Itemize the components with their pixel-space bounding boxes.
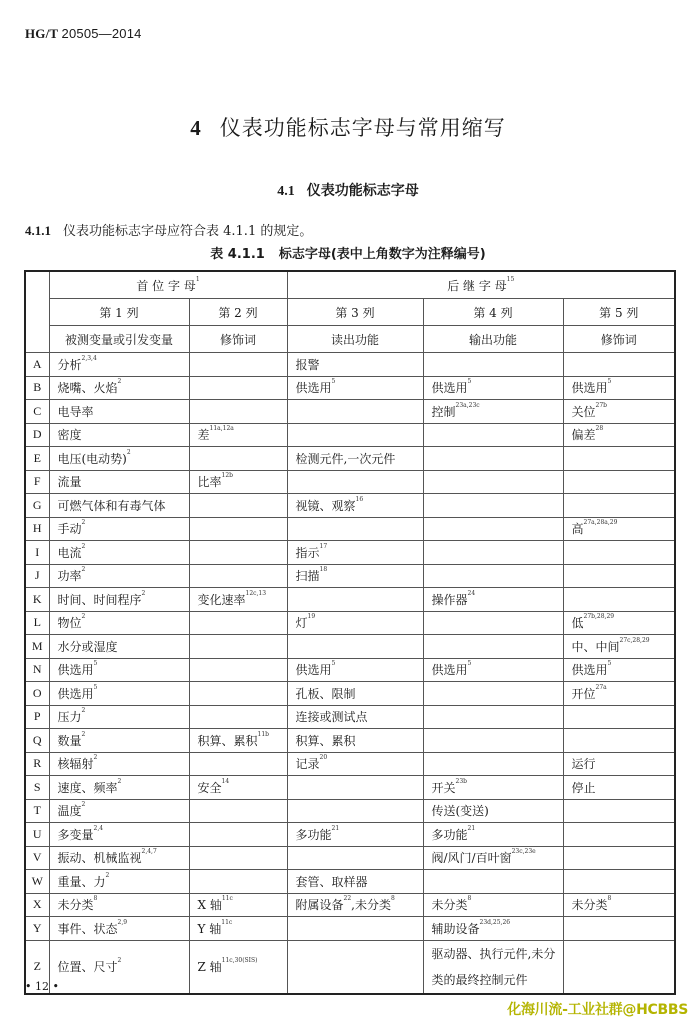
cell-col-2: 变化速率12c,13 [189, 588, 287, 612]
cell-col-5: 供选用5 [563, 658, 675, 682]
letter-cell: W [25, 870, 49, 894]
letter-cell: L [25, 611, 49, 635]
cell-col-3 [287, 799, 423, 823]
cell-col-4: 传送(变送) [423, 799, 563, 823]
cell-col-4 [423, 611, 563, 635]
cell-text: 多功能 [296, 828, 332, 842]
cell-col-2 [189, 494, 287, 518]
cell-col-3: 检测元件,一次元件 [287, 447, 423, 471]
column-number-1: 第 1 列 [49, 299, 189, 326]
cell-text: 变化速率 [198, 593, 246, 607]
cell-text: 烧嘴、火焰 [58, 381, 118, 395]
footnote-ref: 5 [94, 684, 98, 691]
cell-text: 电压(电动势) [58, 452, 127, 466]
cell-col-3: 记录20 [287, 752, 423, 776]
cell-col-1: 电压(电动势)2 [49, 447, 189, 471]
footnote-ref: 11b [258, 731, 269, 738]
footnote-ref: 23d,25,26 [480, 919, 511, 926]
cell-col-2 [189, 870, 287, 894]
cell-text: Y 轴 [198, 922, 222, 936]
chapter-number: 4 [190, 116, 202, 140]
chapter-title: 仪表功能标志字母与常用缩写 [220, 116, 506, 140]
cell-col-2: 差11a,12a [189, 423, 287, 447]
cell-text: 未分类 [432, 898, 468, 912]
cell-col-1: 核辐射2 [49, 752, 189, 776]
cell-col-3 [287, 517, 423, 541]
cell-col-3 [287, 400, 423, 424]
table-row: O供选用5孔板、限制开位27a [25, 682, 675, 706]
cell-col-5 [563, 541, 675, 565]
column-number-4: 第 4 列 [423, 299, 563, 326]
cell-col-3 [287, 776, 423, 800]
cell-text: ,未分类 [351, 898, 391, 912]
footnote-ref: 11c [222, 895, 233, 902]
cell-text: 比率 [198, 475, 222, 489]
footnote-ref: 2 [82, 566, 86, 573]
page-number: • 12 • [25, 980, 59, 993]
footnote-ref: 8 [94, 895, 98, 902]
cell-col-4: 阀/风门/百叶窗23c,23e [423, 846, 563, 870]
cell-text: 连接或测试点 [296, 710, 368, 724]
table-row: V振动、机械监视2,4,7阀/风门/百叶窗23c,23e [25, 846, 675, 870]
footnote-ref: 8 [391, 895, 395, 902]
footnote-ref: 2,3,4 [82, 355, 97, 362]
cell-text: 中、中间 [572, 640, 620, 654]
cell-text: 电流 [58, 546, 82, 560]
cell-col-2: 积算、累积11b [189, 729, 287, 753]
footnote-ref: 16 [356, 496, 364, 503]
cell-col-4: 多功能21 [423, 823, 563, 847]
cell-col-2 [189, 705, 287, 729]
cell-col-4 [423, 494, 563, 518]
letter-cell: K [25, 588, 49, 612]
cell-col-3: 多功能21 [287, 823, 423, 847]
cell-col-5: 运行 [563, 752, 675, 776]
letter-cell: V [25, 846, 49, 870]
cell-col-1: 重量、力2 [49, 870, 189, 894]
cell-text: 供选用 [296, 381, 332, 395]
footnote-ref: 23a,23c [456, 402, 480, 409]
cell-col-2 [189, 823, 287, 847]
cell-col-1: 电流2 [49, 541, 189, 565]
cell-col-5: 开位27a [563, 682, 675, 706]
cell-text: 供选用 [572, 663, 608, 677]
footnote-ref: 12b [222, 472, 233, 479]
footnote-ref: 2 [82, 613, 86, 620]
clause-number: 4.1.1 [25, 223, 51, 238]
cell-text: 可燃气体和有毒气体 [58, 499, 166, 513]
cell-col-1: 事件、状态2,9 [49, 917, 189, 941]
footnote-ref: 18 [320, 566, 328, 573]
cell-col-4: 供选用5 [423, 376, 563, 400]
cell-text: 控制 [432, 405, 456, 419]
cell-col-1: 手动2 [49, 517, 189, 541]
cell-col-3: 供选用5 [287, 376, 423, 400]
letter-cell: A [25, 353, 49, 377]
section-heading: 4.1仪表功能标志字母 [0, 180, 696, 200]
letter-cell: M [25, 635, 49, 659]
cell-col-4: 操作器24 [423, 588, 563, 612]
cell-col-1: 物位2 [49, 611, 189, 635]
cell-col-5 [563, 588, 675, 612]
cell-text: 物位 [58, 616, 82, 630]
cell-col-4 [423, 705, 563, 729]
cell-col-2 [189, 353, 287, 377]
cell-text: 压力 [58, 710, 82, 724]
cell-col-4: 控制23a,23c [423, 400, 563, 424]
cell-col-4: 供选用5 [423, 658, 563, 682]
cell-col-4 [423, 423, 563, 447]
table-number: 表 4.1.1 [210, 247, 265, 262]
cell-text: 灯 [296, 616, 308, 630]
cell-col-1: 分析2,3,4 [49, 353, 189, 377]
letter-cell: Q [25, 729, 49, 753]
table-row: M水分或湿度中、中间27c,28,29 [25, 635, 675, 659]
cell-col-1: 密度 [49, 423, 189, 447]
table-row: E电压(电动势)2检测元件,一次元件 [25, 447, 675, 471]
cell-text: 温度 [58, 804, 82, 818]
footnote-ref: 2 [118, 378, 122, 385]
footnote-ref: 27b,28,29 [584, 613, 615, 620]
cell-text: 密度 [58, 428, 82, 442]
cell-text: 多功能 [432, 828, 468, 842]
cell-text: 操作器 [432, 593, 468, 607]
cell-text: 重量、力 [58, 875, 106, 889]
cell-col-1: 电导率 [49, 400, 189, 424]
cell-text: 安全 [198, 781, 222, 795]
letter-cell: U [25, 823, 49, 847]
cell-col-3: 灯19 [287, 611, 423, 635]
cell-col-5: 中、中间27c,28,29 [563, 635, 675, 659]
cell-text: 检测元件,一次元件 [296, 452, 396, 466]
table-row: Z位置、尺寸2Z 轴11c,30(SIS)驱动器、执行元件,未分类的最终控制元件 [25, 940, 675, 994]
cell-col-4: 未分类8 [423, 893, 563, 917]
footnote-ref: 17 [320, 543, 328, 550]
letter-cell: E [25, 447, 49, 471]
cell-col-2 [189, 517, 287, 541]
cell-col-1: 供选用5 [49, 682, 189, 706]
table-row: N供选用5供选用5供选用5供选用5 [25, 658, 675, 682]
column-name-row: 被测变量或引发变量 修饰词 读出功能 输出功能 修饰词 [25, 326, 675, 353]
footnote-ref: 2 [82, 543, 86, 550]
succeeding-letters-group-header: 后 继 字 母15 [287, 271, 675, 299]
cell-col-1: 速度、频率2 [49, 776, 189, 800]
cell-text: 运行 [572, 757, 596, 771]
cell-col-4 [423, 447, 563, 471]
cell-text: 数量 [58, 734, 82, 748]
cell-col-3: 套管、取样器 [287, 870, 423, 894]
cell-text: 振动、机械监视 [58, 851, 142, 865]
footnote-ref: 27a [596, 684, 607, 691]
cell-text: 供选用 [296, 663, 332, 677]
watermark: 化海川流-工业社群@HCBBS [507, 999, 688, 1019]
cell-col-5 [563, 870, 675, 894]
column-number-row: 第 1 列 第 2 列 第 3 列 第 4 列 第 5 列 [25, 299, 675, 326]
letter-cell: D [25, 423, 49, 447]
footnote-ref: 11a,12a [210, 425, 234, 432]
cell-col-3: 连接或测试点 [287, 705, 423, 729]
table-row: Y事件、状态2,9Y 轴11c辅助设备23d,25,26 [25, 917, 675, 941]
cell-col-4 [423, 870, 563, 894]
section-number: 4.1 [277, 184, 295, 199]
first-letter-group-header: 首 位 字 母1 [49, 271, 287, 299]
section-title: 仪表功能标志字母 [307, 183, 419, 199]
cell-text: 停止 [572, 781, 596, 795]
cell-text: 电导率 [58, 405, 94, 419]
cell-col-5: 偏差28 [563, 423, 675, 447]
table-row: K时间、时间程序2变化速率12c,13操作器24 [25, 588, 675, 612]
column-name-2: 修饰词 [189, 326, 287, 353]
cell-text: 辅助设备 [432, 922, 480, 936]
footnote-ref: 27a,28a,29 [584, 519, 618, 526]
cell-text: 位置、尺寸 [58, 960, 118, 974]
footnote-ref: 11c [221, 919, 232, 926]
footnote-ref: 5 [94, 660, 98, 667]
table-row: F流量比率12b [25, 470, 675, 494]
cell-text: Z 轴 [198, 960, 222, 974]
cell-col-5 [563, 564, 675, 588]
footnote-ref: 21 [468, 825, 476, 832]
cell-text: 积算、累积 [296, 734, 356, 748]
cell-text: 供选用 [432, 663, 468, 677]
column-name-3: 读出功能 [287, 326, 423, 353]
footnote-ref: 5 [332, 378, 336, 385]
cell-col-2: 比率12b [189, 470, 287, 494]
letter-cell: X [25, 893, 49, 917]
cell-col-4 [423, 635, 563, 659]
cell-col-5: 停止 [563, 776, 675, 800]
footnote-ref: 21 [332, 825, 340, 832]
cell-text: 开关 [432, 781, 456, 795]
footnote-ref: 2 [82, 707, 86, 714]
cell-col-1: 烧嘴、火焰2 [49, 376, 189, 400]
cell-col-3: 指示17 [287, 541, 423, 565]
cell-text: 开位 [572, 687, 596, 701]
cell-col-1: 温度2 [49, 799, 189, 823]
cell-text: 报警 [296, 358, 320, 372]
footnote-ref: 11c,30(SIS) [222, 957, 258, 964]
letter-cell: N [25, 658, 49, 682]
cell-text: 附属设备 [296, 898, 344, 912]
footnote-ref: 23b [456, 778, 467, 785]
cell-col-3: 附属设备22,未分类8 [287, 893, 423, 917]
cell-col-5 [563, 353, 675, 377]
table-row: P压力2连接或测试点 [25, 705, 675, 729]
footnote-ref: 2 [142, 590, 146, 597]
cell-text: 套管、取样器 [296, 875, 368, 889]
chapter-heading: 4仪表功能标志字母与常用缩写 [0, 112, 696, 142]
cell-col-1: 供选用5 [49, 658, 189, 682]
cell-text: 多变量 [58, 828, 94, 842]
cell-col-3 [287, 940, 423, 994]
cell-col-5: 关位27b [563, 400, 675, 424]
cell-col-3: 积算、累积 [287, 729, 423, 753]
footnote-ref: 28 [596, 425, 604, 432]
letter-cell: I [25, 541, 49, 565]
footnote-ref: 5 [468, 378, 472, 385]
cell-col-1: 未分类8 [49, 893, 189, 917]
cell-col-2: Z 轴11c,30(SIS) [189, 940, 287, 994]
cell-text: 低 [572, 616, 584, 630]
cell-text: 差 [198, 428, 210, 442]
cell-col-5 [563, 917, 675, 941]
letter-cell: S [25, 776, 49, 800]
cell-col-2 [189, 376, 287, 400]
table-row: W重量、力2套管、取样器 [25, 870, 675, 894]
cell-col-2 [189, 447, 287, 471]
footnote-ref: 23c,23e [512, 848, 536, 855]
cell-text: 驱动器、执行元件,未分类的最终控制元件 [432, 947, 556, 987]
cell-col-1: 振动、机械监视2,4,7 [49, 846, 189, 870]
cell-text: 功率 [58, 569, 82, 583]
cell-col-3: 供选用5 [287, 658, 423, 682]
footnote-ref: 8 [468, 895, 472, 902]
footnote-ref: 2 [82, 801, 86, 808]
table-row: Q数量2积算、累积11b积算、累积 [25, 729, 675, 753]
cell-text: 分析 [58, 358, 82, 372]
column-name-4: 输出功能 [423, 326, 563, 353]
letter-cell: F [25, 470, 49, 494]
cell-col-5 [563, 799, 675, 823]
footnote-ref: 8 [608, 895, 612, 902]
cell-col-1: 压力2 [49, 705, 189, 729]
cell-text: 视镜、观察 [296, 499, 356, 513]
column-number-5: 第 5 列 [563, 299, 675, 326]
footnote-ref: 2 [118, 957, 122, 964]
cell-col-2 [189, 658, 287, 682]
footnote-ref: 5 [608, 660, 612, 667]
letter-cell: C [25, 400, 49, 424]
cell-col-3 [287, 846, 423, 870]
cell-col-5: 供选用5 [563, 376, 675, 400]
letter-cell: O [25, 682, 49, 706]
table-row: B烧嘴、火焰2供选用5供选用5供选用5 [25, 376, 675, 400]
cell-col-4: 开关23b [423, 776, 563, 800]
cell-col-2 [189, 752, 287, 776]
footnote-ref: 22 [344, 895, 352, 902]
cell-col-1: 时间、时间程序2 [49, 588, 189, 612]
cell-col-5 [563, 729, 675, 753]
footnote-ref: 2 [82, 519, 86, 526]
cell-col-2 [189, 846, 287, 870]
footnote-ref: 12c,13 [246, 590, 267, 597]
table-row: I电流2指示17 [25, 541, 675, 565]
cell-col-4 [423, 564, 563, 588]
column-name-1: 被测变量或引发变量 [49, 326, 189, 353]
cell-text: 记录 [296, 757, 320, 771]
cell-col-2 [189, 799, 287, 823]
cell-text: 未分类 [572, 898, 608, 912]
footnote-ref: 2 [127, 449, 131, 456]
table-row: H手动2高27a,28a,29 [25, 517, 675, 541]
cell-text: 关位 [572, 405, 596, 419]
cell-text: 指示 [296, 546, 320, 560]
table-row: G可燃气体和有毒气体视镜、观察16 [25, 494, 675, 518]
footnote-ref: 27c,28,29 [620, 637, 650, 644]
table-row: T温度2传送(变送) [25, 799, 675, 823]
cell-text: 事件、状态 [58, 922, 118, 936]
cell-col-3: 孔板、限制 [287, 682, 423, 706]
letter-cell: Y [25, 917, 49, 941]
cell-text: 时间、时间程序 [58, 593, 142, 607]
cell-text: 未分类 [58, 898, 94, 912]
letter-cell: G [25, 494, 49, 518]
cell-col-4 [423, 470, 563, 494]
table-row: L物位2灯19低27b,28,29 [25, 611, 675, 635]
footnote-ref: 2 [82, 731, 86, 738]
letter-cell: H [25, 517, 49, 541]
letter-cell: R [25, 752, 49, 776]
cell-text: 积算、累积 [198, 734, 258, 748]
cell-text: 供选用 [572, 381, 608, 395]
identification-letters-table: 首 位 字 母1 后 继 字 母15 第 1 列 第 2 列 第 3 列 第 4… [24, 270, 676, 995]
cell-col-1: 数量2 [49, 729, 189, 753]
cell-text: 孔板、限制 [296, 687, 356, 701]
clause-text: 仪表功能标志字母应符合表 4.1.1 的规定。 [63, 224, 312, 239]
standard-code: HG/T 20505—2014 [25, 26, 142, 42]
footnote-ref: 27b [596, 402, 607, 409]
footnote-ref: 20 [320, 754, 328, 761]
cell-col-5 [563, 447, 675, 471]
cell-col-3 [287, 470, 423, 494]
table-row: R核辐射2记录20运行 [25, 752, 675, 776]
cell-col-5: 低27b,28,29 [563, 611, 675, 635]
standard-prefix: HG/T [25, 26, 58, 41]
footnote-ref: 5 [332, 660, 336, 667]
cell-col-2 [189, 564, 287, 588]
letter-cell: P [25, 705, 49, 729]
cell-col-3: 扫描18 [287, 564, 423, 588]
group-header-row: 首 位 字 母1 后 继 字 母15 [25, 271, 675, 299]
cell-col-4 [423, 682, 563, 706]
cell-text: 供选用 [58, 687, 94, 701]
letter-cell: J [25, 564, 49, 588]
cell-text: 水分或湿度 [58, 640, 118, 654]
cell-col-5 [563, 470, 675, 494]
cell-col-3 [287, 635, 423, 659]
cell-col-4 [423, 517, 563, 541]
letter-column-header [25, 271, 49, 353]
cell-col-3 [287, 423, 423, 447]
table-row: A分析2,3,4报警 [25, 353, 675, 377]
table-row: C电导率控制23a,23c关位27b [25, 400, 675, 424]
cell-col-4 [423, 729, 563, 753]
cell-text: 供选用 [58, 663, 94, 677]
footnote-ref: 2 [118, 778, 122, 785]
footnote-ref: 2,9 [118, 919, 128, 926]
table-row: X未分类8X 轴11c附属设备22,未分类8未分类8未分类8 [25, 893, 675, 917]
cell-col-3 [287, 917, 423, 941]
cell-col-1: 位置、尺寸2 [49, 940, 189, 994]
footnote-ref: 5 [468, 660, 472, 667]
table-row: J功率2扫描18 [25, 564, 675, 588]
cell-col-1: 流量 [49, 470, 189, 494]
cell-text: 流量 [58, 475, 82, 489]
cell-col-1: 可燃气体和有毒气体 [49, 494, 189, 518]
cell-text: 供选用 [432, 381, 468, 395]
footnote-ref: 24 [468, 590, 476, 597]
cell-col-2: Y 轴11c [189, 917, 287, 941]
cell-text: 阀/风门/百叶窗 [432, 851, 512, 865]
cell-col-2 [189, 400, 287, 424]
cell-col-2 [189, 682, 287, 706]
cell-col-5 [563, 846, 675, 870]
footnote-ref: 5 [608, 378, 612, 385]
cell-col-2 [189, 635, 287, 659]
cell-text: 扫描 [296, 569, 320, 583]
footnote-ref: 19 [308, 613, 316, 620]
cell-col-2: 安全14 [189, 776, 287, 800]
